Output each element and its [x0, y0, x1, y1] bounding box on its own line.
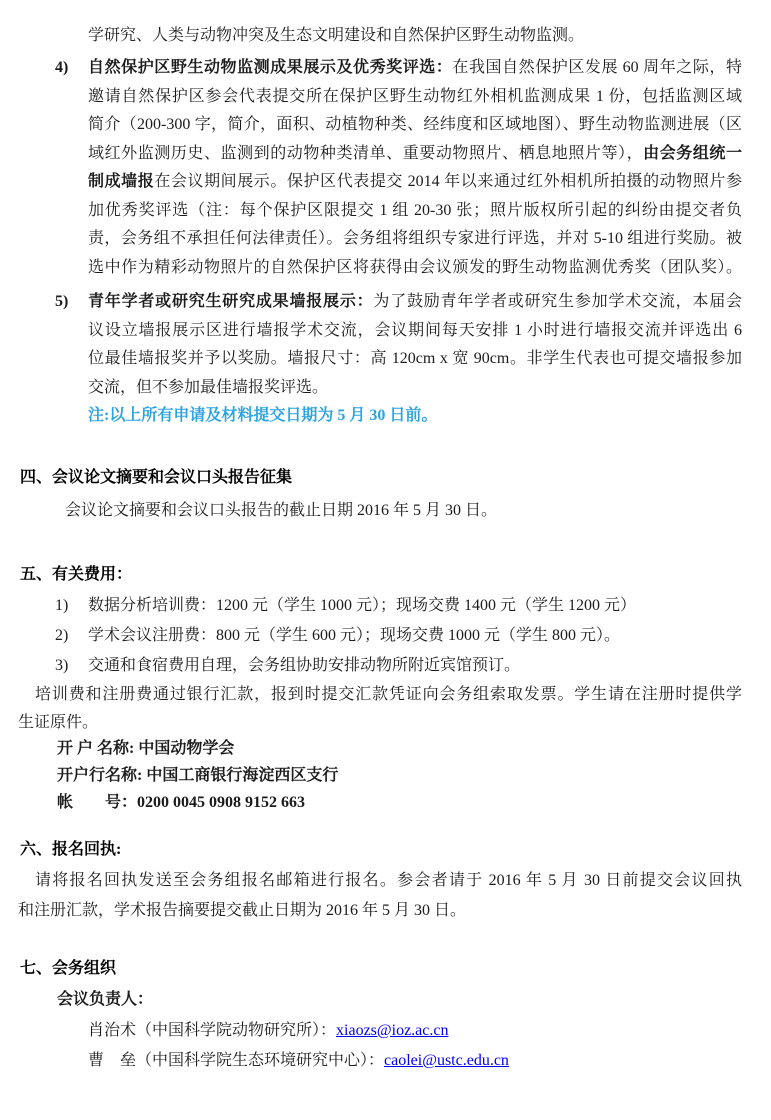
- item4-line-5: 制成墙报在会议期间展示。保护区代表提交 2014 年以来通过红外相机所拍摄的动物…: [88, 168, 742, 197]
- item4-lead-bold: 自然保护区野生动物监测成果展示及优秀奖评选：: [88, 59, 452, 76]
- item4-line-6: 加优秀奖评选（注：每个保护区限提交 1 组 20-30 张；照片版权所引起的纠纷…: [88, 197, 742, 226]
- registration-line-2: 和注册汇款，学术报告摘要提交截止日期为 2016 年 5 月 30 日。: [18, 896, 742, 926]
- organizer-1: 肖治术（中国科学院动物研究所）：xiaozs@ioz.ac.cn: [88, 1016, 509, 1046]
- item4-line-1: 自然保护区野生动物监测成果展示及优秀奖评选：在我国自然保护区发展 60 周年之际…: [88, 54, 742, 83]
- registration-paragraph: 请将报名回执发送至会务组报名邮箱进行报名。参会者请于 2016 年 5 月 30…: [18, 866, 742, 926]
- bank-account-name: 开 户 名称: 中国动物学会: [57, 735, 338, 762]
- item4-line-5-text: 在会议期间展示。保护区代表提交 2014 年以来通过红外相机所拍摄的动物照片参: [154, 173, 742, 190]
- fee-item-2-text: 学术会议注册费：800 元（学生 600 元）；现场交费 1000 元（学生 8…: [88, 627, 620, 644]
- item4-line-3: 简介（200-300 字，简介，面积、动植物种类、经纬度和区域地图）、野生动物监…: [88, 111, 742, 140]
- fee-item-3-number: 3): [55, 651, 88, 681]
- paragraph-continuation-line: 学研究、人类与动物冲突及生态文明建设和自然保护区野生动物监测。: [88, 22, 742, 51]
- item5-line-1: 青年学者或研究生研究成果墙报展示：为了鼓励青年学者或研究生参加学术交流，本届会: [88, 288, 742, 317]
- payment-paragraph: 培训费和注册费通过银行汇款，报到时提交汇款凭证向会务组索取发票。学生请在注册时提…: [18, 681, 742, 737]
- item4-line-4-bold: 由会务组统一: [643, 145, 742, 162]
- item5-line-2: 议设立墙报展示区进行墙报学术交流，会议期间每天安排 1 小时进行墙报交流并评选出…: [88, 317, 742, 346]
- organizer-2-email-link[interactable]: caolei@ustc.edu.cn: [384, 1052, 509, 1069]
- item4-line-5-bold: 制成墙报: [88, 173, 154, 190]
- bank-info-block: 开 户 名称: 中国动物学会 开户行名称: 中国工商银行海淀西区支行 帐 号：0…: [57, 735, 338, 816]
- item5-line-1-text: 为了鼓励青年学者或研究生参加学术交流，本届会: [373, 293, 742, 310]
- item5-line-4: 交流，但不参加最佳墙报奖评选。: [88, 374, 742, 403]
- fee-item-1-number: 1): [55, 591, 88, 621]
- item4-line-4: 域红外监测历史、监测到的动物种类清单、重要动物照片、栖息地照片等），由会务组统一: [88, 140, 742, 169]
- item5-line-3: 位最佳墙报奖并予以奖励。墙报尺寸：高 120cm x 宽 90cm。非学生代表也…: [88, 345, 742, 374]
- section-heading-7: 七、会务组织: [20, 957, 116, 981]
- bank-branch-name: 开户行名称: 中国工商银行海淀西区支行: [57, 762, 338, 789]
- item4-line-4-text: 域红外监测历史、监测到的动物种类清单、重要动物照片、栖息地照片等），: [88, 145, 643, 162]
- fee-item-3-text: 交通和食宿费用自理，会务组协助安排动物所附近宾馆预订。: [88, 657, 520, 674]
- section-heading-4: 四、会议论文摘要和会议口头报告征集: [20, 466, 292, 490]
- payment-line-1: 培训费和注册费通过银行汇款，报到时提交汇款凭证向会务组索取发票。学生请在注册时提…: [18, 681, 742, 709]
- fee-item-1-text: 数据分析培训费：1200 元（学生 1000 元）；现场交费 1400 元（学生…: [88, 597, 636, 614]
- document-page: 学研究、人类与动物冲突及生态文明建设和自然保护区野生动物监测。 4) 自然保护区…: [0, 0, 771, 1120]
- item5-lead-bold: 青年学者或研究生研究成果墙报展示：: [88, 293, 373, 310]
- section-heading-6: 六、报名回执:: [20, 838, 121, 862]
- fee-item-2-number: 2): [55, 621, 88, 651]
- item4-line-1-text: 在我国自然保护区发展 60 周年之际，特: [452, 59, 742, 76]
- organizer-2: 曹 垒（中国科学院生态环境研究中心）：caolei@ustc.edu.cn: [88, 1046, 509, 1076]
- fee-item-2: 2)学术会议注册费：800 元（学生 600 元）；现场交费 1000 元（学生…: [55, 621, 755, 651]
- fee-list: 1)数据分析培训费：1200 元（学生 1000 元）；现场交费 1400 元（…: [55, 591, 755, 681]
- payment-line-2: 生证原件。: [18, 709, 742, 737]
- fee-item-3: 3)交通和食宿费用自理，会务组协助安排动物所附近宾馆预订。: [55, 651, 755, 681]
- list-item-5-number: 5): [55, 288, 85, 317]
- bank-account-number: 帐 号：0200 0045 0908 9152 663: [57, 789, 338, 816]
- section4-body: 会议论文摘要和会议口头报告的截止日期 2016 年 5 月 30 日。: [65, 497, 755, 526]
- deadline-note: 注:以上所有申请及材料提交日期为 5 月 30 日前。: [88, 402, 437, 431]
- list-item-4-number: 4): [55, 54, 85, 83]
- item4-line-2: 邀请自然保护区参会代表提交所在保护区野生动物红外相机监测成果 1 份，包括监测区…: [88, 83, 742, 112]
- list-item-4: 4) 自然保护区野生动物监测成果展示及优秀奖评选：在我国自然保护区发展 60 周…: [55, 54, 742, 282]
- registration-line-1: 请将报名回执发送至会务组报名邮箱进行报名。参会者请于 2016 年 5 月 30…: [18, 866, 742, 896]
- organizer-1-email-link[interactable]: xiaozs@ioz.ac.cn: [336, 1022, 448, 1039]
- organizer-list: 肖治术（中国科学院动物研究所）：xiaozs@ioz.ac.cn 曹 垒（中国科…: [88, 1016, 509, 1076]
- organizer-label: 会议负责人：: [57, 988, 153, 1012]
- organizer-2-name: 曹 垒（中国科学院生态环境研究中心）：: [88, 1052, 384, 1069]
- fee-item-1: 1)数据分析培训费：1200 元（学生 1000 元）；现场交费 1400 元（…: [55, 591, 755, 621]
- list-item-5: 5) 青年学者或研究生研究成果墙报展示：为了鼓励青年学者或研究生参加学术交流，本…: [55, 288, 742, 402]
- item4-line-7: 责，会务组不承担任何法律责任）。会务组将组织专家进行评选，并对 5-10 组进行…: [88, 225, 742, 254]
- section-heading-5: 五、有关费用：: [20, 563, 132, 587]
- item4-line-8: 选中作为精彩动物照片的自然保护区将获得由会议颁发的野生动物监测优秀奖（团队奖）。: [88, 254, 742, 283]
- organizer-1-name: 肖治术（中国科学院动物研究所）：: [88, 1022, 336, 1039]
